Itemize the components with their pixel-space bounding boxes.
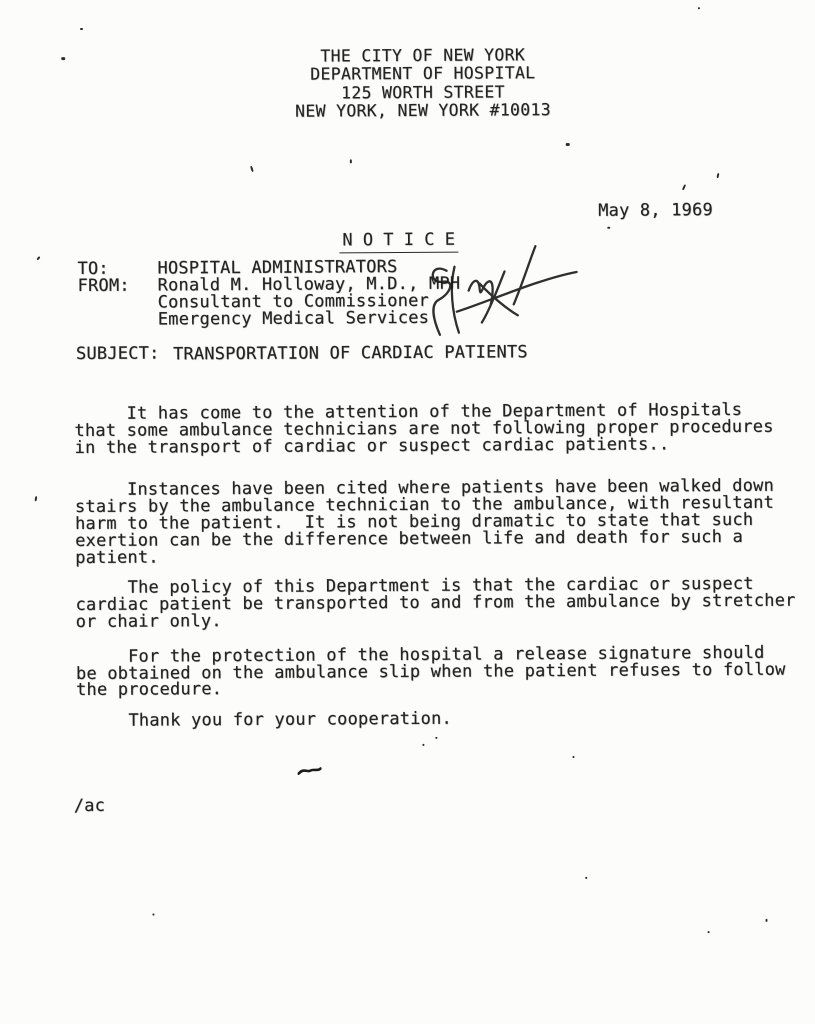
body-paragraph: Instances have been cited where patients… [75, 478, 776, 566]
typist-initials: /ac [74, 798, 105, 815]
scan-speck [566, 143, 570, 146]
scan-speck [80, 28, 83, 30]
scan-speck [250, 166, 254, 172]
letterhead-dept: DEPARTMENT OF HOSPITAL [265, 64, 580, 84]
body-paragraph: It has come to the attention of the Depa… [74, 402, 774, 457]
from-label: FROM: [78, 278, 130, 295]
scan-speck [152, 914, 154, 916]
letterhead: THE CITY OF NEW YORK DEPARTMENT OF HOSPI… [265, 46, 580, 121]
pen-stray-mark [298, 766, 322, 778]
scan-speck [422, 744, 424, 746]
letterhead-city-zip: NEW YORK, NEW YORK #10013 [265, 101, 580, 121]
scan-speck [61, 57, 65, 60]
scan-speck [607, 227, 610, 229]
scan-speck [698, 7, 700, 9]
body-paragraph: The policy of this Department is that th… [75, 576, 775, 631]
scan-speck [36, 256, 40, 260]
scan-speck [708, 931, 710, 933]
scan-speck [765, 919, 767, 922]
scan-speck [350, 159, 352, 163]
scan-speck [682, 184, 686, 190]
scan-speck [572, 756, 574, 758]
document-page: THE CITY OF NEW YORK DEPARTMENT OF HOSPI… [0, 0, 815, 1024]
memo-body: It has come to the attention of the Depa… [74, 402, 776, 730]
scan-speck [585, 877, 587, 879]
closing-paragraph: Thank you for your cooperation. [76, 709, 776, 730]
from-title-line2: Emergency Medical Services [158, 310, 429, 329]
subject-value: TRANSPORTATION OF CARDIAC PATIENTS [173, 344, 528, 363]
scan-speck [35, 496, 38, 501]
scanned-memo: THE CITY OF NEW YORK DEPARTMENT OF HOSPI… [0, 0, 815, 1024]
scan-speck [435, 737, 437, 739]
scan-speck [716, 173, 719, 178]
subject-label: SUBJECT: [76, 346, 160, 364]
body-paragraph: For the protection of the hospital a rel… [76, 645, 776, 700]
date-line: May 8, 1969 [598, 202, 713, 220]
signature-icon [416, 241, 582, 338]
